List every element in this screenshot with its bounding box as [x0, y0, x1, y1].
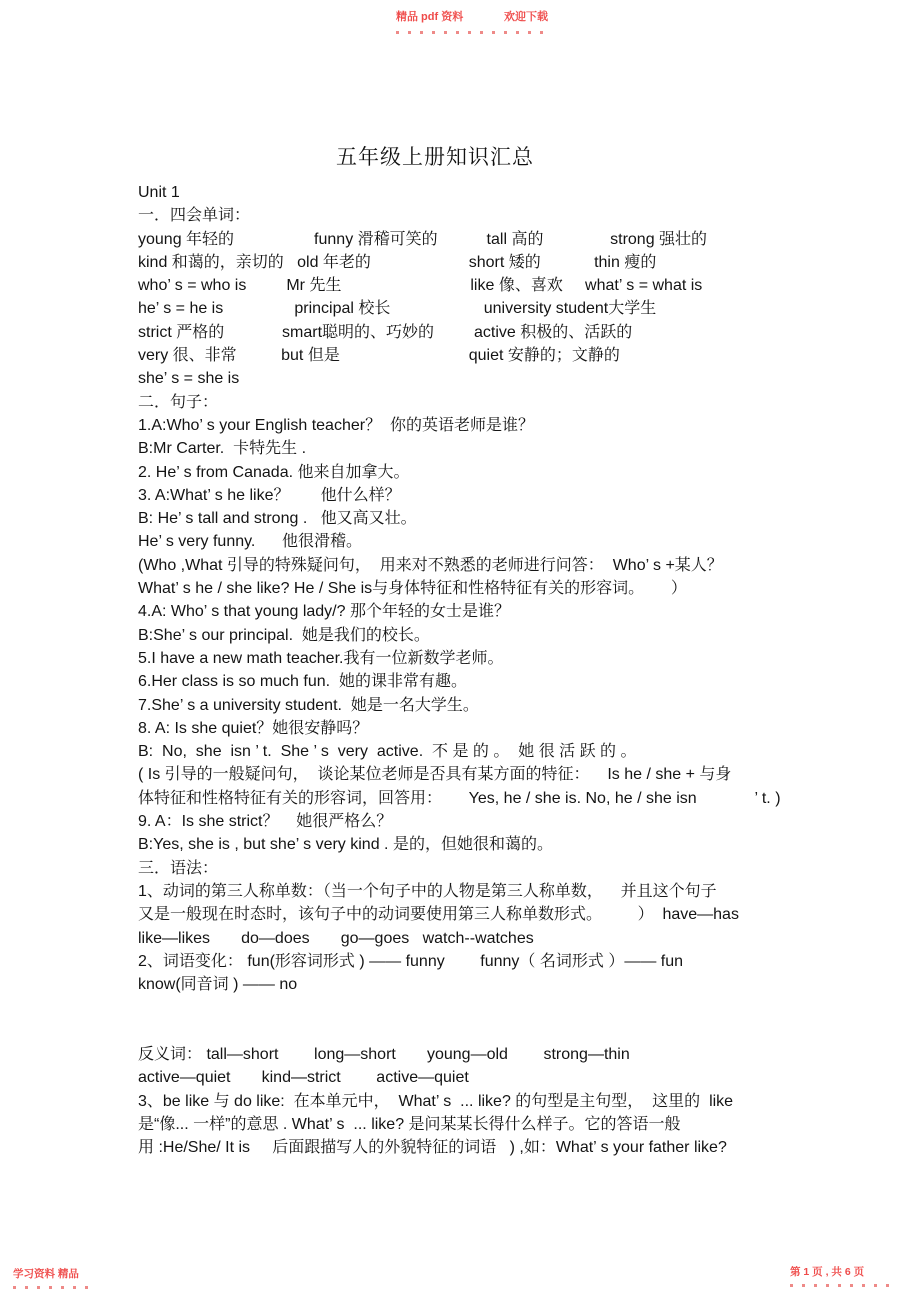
text-line: 反义词： tall—short long—short young—old str… — [138, 1043, 792, 1066]
watermark-label-quality: 精品 pdf 资料 — [396, 8, 463, 24]
text-line: 二．句子： — [138, 391, 792, 414]
text-line: He’ s very funny. 他很滑稽。 — [138, 530, 792, 553]
text-line: very 很、非常 but 但是 quiet 安静的；文静的 — [138, 344, 792, 367]
text-line: B:She’ s our principal. 她是我们的校长。 — [138, 624, 792, 647]
text-line: B: No, she isn ’ t. She ’ s very active.… — [138, 740, 792, 763]
text-line: kind 和蔼的，亲切的 old 年老的 short 矮的 thin 瘦的 — [138, 251, 792, 274]
text-line: 又是一般现在时态时，该句子中的动词要使用第三人称单数形式。 ） have—has — [138, 903, 792, 926]
page-number-text: 第 1 页 , 共 6 页 — [790, 1266, 864, 1278]
text-line: 是“像... 一样”的意思 . What’ s ... like? 是问某某长得… — [138, 1113, 792, 1136]
text-line: active—quiet kind—strict active—quiet — [138, 1066, 792, 1089]
text-line: 8. A: Is she quiet？她很安静吗？ — [138, 717, 792, 740]
text-line: 2. He’ s from Canada. 他来自加拿大。 — [138, 461, 792, 484]
footer-watermark: 学习资料 精品 — [13, 1266, 89, 1289]
text-line: 3. A:What’ s he like？ 他什么样？ — [138, 484, 792, 507]
document-title: 五年级上册知识汇总 — [110, 141, 760, 171]
text-line: he’ s = he is principal 校长 university st… — [138, 297, 792, 320]
text-line: 9. A：Is she strict？ 她很严格么？ — [138, 810, 792, 833]
text-line: young 年轻的 funny 滑稽可笑的 tall 高的 strong 强壮的 — [138, 228, 792, 251]
text-line: 一．四会单词： — [138, 204, 792, 227]
text-line: 1、动词的第三人称单数：（当一个句子中的人物是第三人称单数， 并且这个句子 — [138, 880, 792, 903]
text-line: 6.Her class is so much fun. 她的课非常有趣。 — [138, 670, 792, 693]
text-line: (Who ,What 引导的特殊疑问句， 用来对不熟悉的老师进行问答： Who’… — [138, 554, 792, 577]
text-line — [138, 1020, 792, 1043]
text-line: 1.A:Who’ s your English teacher？ 你的英语老师是… — [138, 414, 792, 437]
text-line: 2、词语变化： fun(形容词形式 ) —— funny funny（ 名词形式… — [138, 950, 792, 973]
watermark-header-row: 精品 pdf 资料 欢迎下载 — [396, 8, 548, 24]
text-line: ( Is 引导的一般疑问句， 谈论某位老师是否具有某方面的特征： Is he /… — [138, 763, 792, 786]
watermark-header: 精品 pdf 资料 欢迎下载 — [396, 8, 548, 34]
text-line: 5.I have a new math teacher.我有一位新数学老师。 — [138, 647, 792, 670]
text-line: 用 :He/She/ It is 后面跟描写人的外貌特征的词语 ) ,如：Wha… — [138, 1136, 792, 1159]
document-page: 精品 pdf 资料 欢迎下载 五年级上册知识汇总 Unit 1一．四会单词：yo… — [0, 0, 920, 1303]
footer-watermark-text: 学习资料 精品 — [13, 1268, 79, 1280]
text-line: 4.A: Who’ s that young lady/? 那个年轻的女士是谁？ — [138, 600, 792, 623]
text-line: 7.She’ s a university student. 她是一名大学生。 — [138, 694, 792, 717]
dotted-divider-bottom-right — [790, 1284, 896, 1287]
text-line: who’ s = who is Mr 先生 like 像、喜欢 what’ s … — [138, 274, 792, 297]
dotted-divider-bottom-left — [13, 1286, 89, 1289]
text-line: B: He’ s tall and strong . 他又高又壮。 — [138, 507, 792, 530]
page-number: 第 1 页 , 共 6 页 — [790, 1264, 896, 1287]
text-line: 体特征和性格特征有关的形容词，回答用： Yes, he / she is. No… — [138, 787, 792, 810]
text-line: What’ s he / she like? He / She is与身体特征和… — [138, 577, 792, 600]
text-line: like—likes do—does go—goes watch--watche… — [138, 927, 792, 950]
text-line: know(同音词 ) —— no — [138, 973, 792, 996]
dotted-divider-top — [396, 31, 548, 34]
text-line: 三．语法： — [138, 857, 792, 880]
text-line: strict 严格的 smart聪明的、巧妙的 active 积极的、活跃的 — [138, 321, 792, 344]
text-line: Unit 1 — [138, 181, 792, 204]
text-line: 3、be like 与 do like: 在本单元中， What’ s ... … — [138, 1090, 792, 1113]
text-line — [138, 996, 792, 1019]
text-line: she’ s = she is — [138, 367, 792, 390]
watermark-label-download: 欢迎下载 — [504, 8, 548, 24]
text-line: B:Mr Carter. 卡特先生 . — [138, 437, 792, 460]
text-line: B:Yes, she is , but she’ s very kind . 是… — [138, 833, 792, 856]
document-body: Unit 1一．四会单词：young 年轻的 funny 滑稽可笑的 tall … — [138, 181, 792, 1159]
